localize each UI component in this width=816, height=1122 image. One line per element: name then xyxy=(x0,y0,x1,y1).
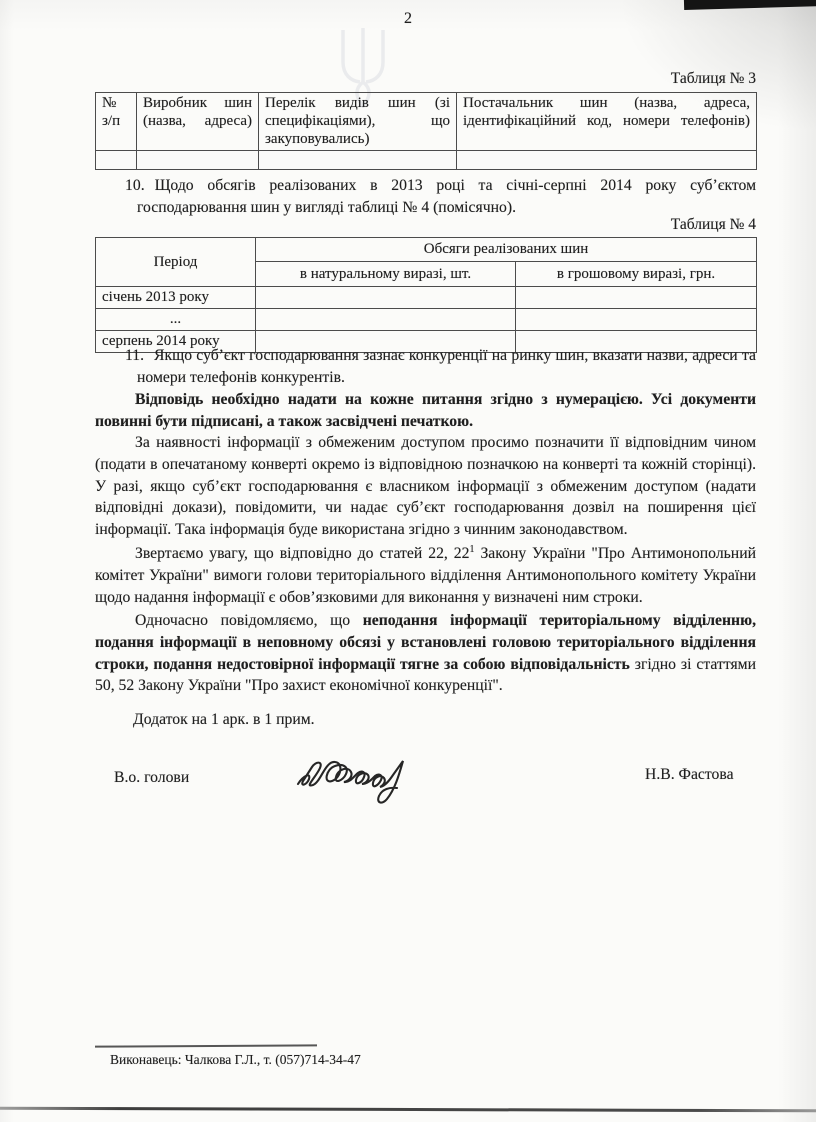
table4-period-cell: ... xyxy=(96,309,256,331)
footer-separator-line xyxy=(95,1044,317,1047)
table3-empty-cell xyxy=(137,151,259,170)
table3-header-cell-supplier: Постачальник шин (назва, адреса, ідентиф… xyxy=(457,93,757,151)
table3-header-cell-types: Перелік видів шин (зі специфікаціями), щ… xyxy=(259,93,457,151)
item-11-number: 11. xyxy=(125,347,154,364)
table4-header-period: Період xyxy=(96,238,256,287)
table4-subheader-monetary: в грошовому виразі, грн. xyxy=(516,262,757,287)
paragraph-item-11: 11.Якщо суб’єкт господарювання зазнає ко… xyxy=(95,345,756,389)
table3-empty-row xyxy=(96,151,757,170)
table-producers-suppliers: № з/п Виробник шин (назва, адреса) Перел… xyxy=(95,92,757,170)
handwritten-signature xyxy=(292,742,437,808)
liability-prefix: Одночасно повідомляємо, що xyxy=(135,612,363,629)
paragraph-answer-requirement: Відповідь необхідно надати на кожне пита… xyxy=(95,389,756,433)
page-number: 2 xyxy=(0,10,816,28)
table3-empty-cell xyxy=(457,151,757,170)
table4-header-volumes: Обсяги реалізованих шин xyxy=(256,238,757,262)
table3-header-cell-number: № з/п xyxy=(96,93,137,151)
signatory-role: В.о. голови xyxy=(114,769,189,787)
paragraph-restricted-info: За наявності інформації з обмеженим дост… xyxy=(95,432,756,541)
scan-edge-artifact-bottom xyxy=(0,1107,816,1112)
table4-row-ellipsis: ... xyxy=(96,309,757,331)
executor-note: Виконавець: Чалкова Г.Л., т. (057)714-34… xyxy=(110,1052,361,1068)
attachment-note: Додаток на 1 арк. в 1 прим. xyxy=(133,711,315,729)
scanned-document-page: 2 Таблиця № 3 № з/п Виробник шин (назва,… xyxy=(0,0,816,1122)
table3-caption: Таблиця № 3 xyxy=(95,70,756,88)
item-11-text: Якщо суб’єкт господарювання зазнає конку… xyxy=(137,347,756,386)
signatory-name: Н.В. Фастова xyxy=(645,766,734,784)
table4-subheader-natural: в натуральному виразі, шт. xyxy=(256,262,516,287)
paragraph-attention: Звертаємо увагу, що відповідно до статей… xyxy=(95,543,756,608)
table4-period-cell: січень 2013 року xyxy=(96,287,256,309)
table3-empty-cell xyxy=(96,151,137,170)
table-sales-volumes: Період Обсяги реалізованих шин в натурал… xyxy=(95,237,757,353)
attention-prefix: Звертаємо увагу, що відповідно до статей… xyxy=(135,545,469,562)
table4-row-jan2013: січень 2013 року xyxy=(96,287,757,309)
table3-empty-cell xyxy=(259,151,457,170)
table4-header-row-1: Період Обсяги реалізованих шин xyxy=(96,238,757,262)
table4-empty-cell xyxy=(516,287,757,309)
table3-header-row: № з/п Виробник шин (назва, адреса) Перел… xyxy=(96,93,757,151)
paragraph-item-10: 10.Щодо обсягів реалізованих в 2013 році… xyxy=(95,175,756,219)
item-10-number: 10. xyxy=(125,177,155,194)
scan-edge-artifact-top xyxy=(684,0,816,10)
paragraph-liability: Одночасно повідомляємо, що неподання інф… xyxy=(95,610,756,697)
table4-empty-cell xyxy=(256,287,516,309)
table4-caption: Таблиця № 4 xyxy=(95,216,756,234)
item-10-text: Щодо обсягів реалізованих в 2013 році та… xyxy=(137,177,756,216)
table4-empty-cell xyxy=(516,309,757,331)
table4-empty-cell xyxy=(256,309,516,331)
table3-header-cell-producer: Виробник шин (назва, адреса) xyxy=(137,93,259,151)
